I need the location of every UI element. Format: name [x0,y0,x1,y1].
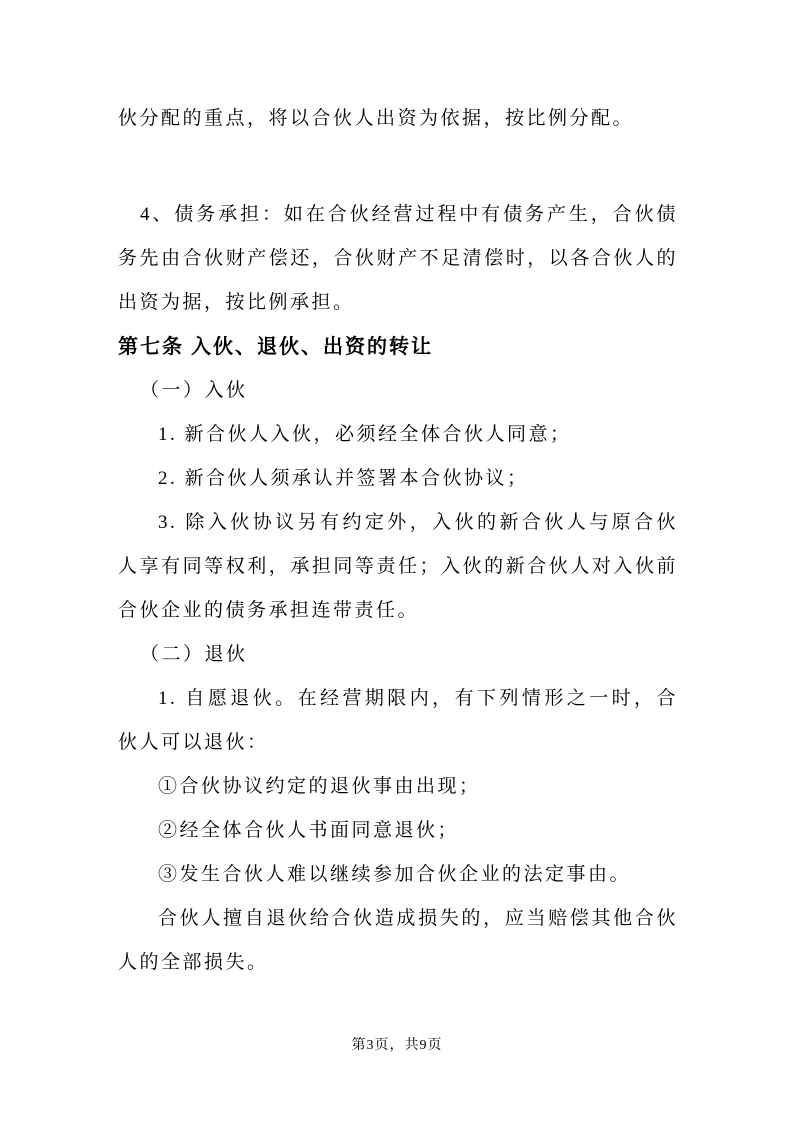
paragraph: 3. 除入伙协议另有约定外，入伙的新合伙人与原合伙人享有同等权利，承担同等责任；… [118,501,678,633]
paragraph: ③发生合伙人难以继续参加合伙企业的法定事由。 [118,853,678,897]
paragraph: ①合伙协议约定的退伙事由出现； [118,765,678,809]
section-heading: 第七条 入伙、退伙、出资的转让 [118,325,678,369]
paragraph: （二）退伙 [118,633,678,677]
paragraph: 4、债务承担：如在合伙经营过程中有债务产生，合伙债务先由合伙财产偿还，合伙财产不… [118,193,678,325]
page-number-text: 第3页，共9页 [352,1038,443,1053]
paragraph: ②经全体合伙人书面同意退伙； [118,809,678,853]
paragraph: 合伙人擅自退伙给合伙造成损失的，应当赔偿其他合伙人的全部损失。 [118,897,678,985]
paragraph: 1. 自愿退伙。在经营期限内，有下列情形之一时，合伙人可以退伙： [118,677,678,765]
blank-line [118,141,678,193]
document-body: 伙分配的重点，将以合伙人出资为依据，按比例分配。4、债务承担：如在合伙经营过程中… [118,97,678,985]
paragraph: 伙分配的重点，将以合伙人出资为依据，按比例分配。 [118,97,678,141]
paragraph: 2. 新合伙人须承认并签署本合伙协议； [118,457,678,501]
paragraph: （一）入伙 [118,369,678,413]
page-footer: 第3页，共9页 [0,1034,794,1054]
document-page: 伙分配的重点，将以合伙人出资为依据，按比例分配。4、债务承担：如在合伙经营过程中… [0,0,794,1123]
paragraph: 1. 新合伙人入伙，必须经全体合伙人同意； [118,413,678,457]
